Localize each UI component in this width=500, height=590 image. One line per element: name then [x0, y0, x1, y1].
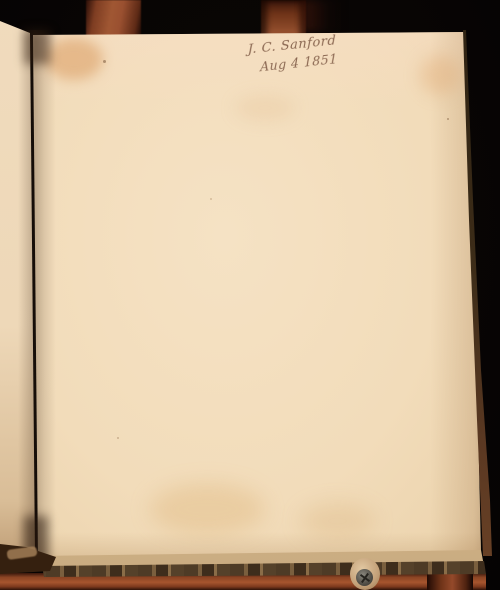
- foxing-speck: [447, 118, 449, 120]
- foxing-speck: [210, 198, 212, 200]
- easel-post-shadow: [303, 0, 345, 32]
- foxing-stain: [235, 95, 295, 121]
- easel-post-left: [86, 0, 141, 36]
- gutter-shadow: [18, 30, 56, 562]
- photo-stage: J. C. Sanford Aug 4 1851: [0, 0, 500, 590]
- blank-endpaper-page: J. C. Sanford Aug 4 1851: [0, 0, 500, 590]
- foxing-stain: [420, 55, 460, 95]
- foxing-stain: [300, 503, 375, 539]
- easel-knob-screw: [356, 569, 373, 586]
- gutter-shadow-top: [24, 30, 50, 64]
- foxing-speck: [117, 437, 119, 439]
- handwritten-inscription: J. C. Sanford Aug 4 1851: [212, 30, 371, 80]
- foxing-speck: [103, 60, 106, 63]
- foxing-stain: [150, 483, 265, 535]
